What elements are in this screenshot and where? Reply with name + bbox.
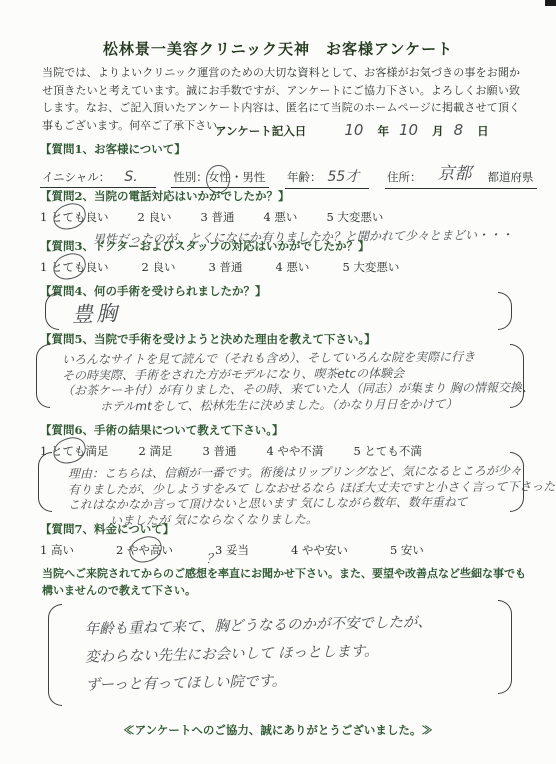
question-2: 【質問2、当院の電話対応はいかがでしたか？】 1 とても良い 2 良い 3 普通…	[40, 188, 513, 245]
date-day-unit: 日	[477, 124, 489, 138]
option-very-good: 1 とても良い	[40, 259, 108, 275]
scan-artifact	[545, 0, 556, 6]
option-satisfied: 2 満足	[138, 443, 172, 459]
feedback-prompt-line: 当院へご来院されてからのご感想を率直にお聞かせ下さい。また、要望や改善点など些細…	[42, 565, 532, 582]
feedback-prompt: 当院へご来院されてからのご感想を率直にお聞かせ下さい。また、要望や改善点など些細…	[42, 565, 532, 599]
option-bad: 4 悪い	[275, 259, 309, 275]
question-1-fields: イニシャル：S. 性別：女性・男性 年齢：55才 住所：京都都道府県	[40, 161, 549, 189]
date-label: アンケート記入日	[215, 124, 306, 138]
page-title: 松林景一美容クリニック天神 お客様アンケート	[0, 38, 556, 59]
question-7: 【質問7、料金について】 1 高い 2 やや高い 3 妥当 4 やや安い 5 安…	[40, 521, 424, 558]
initial-value: S.	[110, 169, 151, 185]
initial-label: イニシャル：	[42, 170, 110, 184]
age-field: 年齢：55才	[285, 166, 369, 189]
question-6-heading: 【質問6、手術の結果について教えて下さい。】	[40, 422, 556, 438]
footer-thanks: ≪アンケートへのご協力、誠にありがとうございました。≫	[0, 722, 556, 738]
option-normal: 3 普通	[202, 443, 236, 459]
option-very-good: 1 とても良い	[40, 209, 108, 225]
question-3-heading: 【質問3、ドクターおよびスタッフの対応はいかがでしたか？】	[40, 238, 399, 254]
feedback-answer: 年齢も重ねて来て、胸どうなるのかが不安でしたが、 変わらない先生にお会いして ほ…	[84, 610, 432, 699]
comment-bracket-left	[48, 604, 62, 706]
address-value: 京都	[421, 164, 487, 184]
option-very-dissatisfied: 5 とても不満	[353, 443, 421, 459]
handwritten-line: ホテルmtをして、松林先生に決めました。（かなり月日をかけて）	[100, 396, 534, 415]
gender-separator: ・	[231, 170, 243, 184]
address-field: 住所：京都都道府県	[385, 161, 538, 189]
gender-option-male: 男性	[242, 169, 265, 185]
initial-field: イニシャル：S.	[40, 169, 156, 188]
date-year-unit: 年	[377, 124, 389, 138]
date-month-value: 10	[399, 121, 418, 139]
question-4: 【質問4、何の手術を受けられましたか？】	[40, 283, 267, 299]
question-4-answer: 豊胸	[71, 297, 120, 329]
age-value: 55才	[321, 169, 365, 185]
option-somewhat-cheap: 4 やや安い	[291, 542, 348, 558]
age-label: 年齢：	[287, 170, 322, 184]
survey-date-line: アンケート記入日 10 年 10 月 8 日	[215, 121, 535, 139]
question-1: 【質問1、お客様について】 イニシャル：S. 性別：女性・男性 年齢：55才 住…	[40, 141, 549, 189]
answer-bracket-right	[510, 344, 524, 408]
option-cheap: 5 安い	[390, 542, 424, 558]
option-normal: 3 普通	[208, 259, 242, 275]
option-appropriate: 3 妥当	[215, 542, 249, 558]
question-5: 【質問5、当院で手術を受けようと決めた理由を教えて下さい。】 いろんなサイトを見…	[40, 331, 534, 413]
question-5-heading: 【質問5、当院で手術を受けようと決めた理由を教えて下さい。】	[40, 331, 534, 347]
question-6-answer: 理由：こちらは、信頼が一番です。術後はリップリングなど、気になるところが少々 有…	[68, 465, 556, 527]
question-2-heading: 【質問2、当院の電話対応はいかがでしたか？】	[40, 188, 513, 204]
gender-option-female: 女性	[208, 169, 231, 185]
question-3-options: 1 とても良い 2 良い 3 普通 4 悪い 5 大変悪い	[40, 259, 399, 275]
option-good: 2 良い	[137, 209, 171, 225]
question-2-options: 1 とても良い 2 良い 3 普通 4 悪い 5 大変悪い	[40, 209, 513, 225]
question-7-options: 1 高い 2 やや高い 3 妥当 4 やや安い 5 安い	[40, 542, 424, 558]
answer-bracket-left	[36, 344, 50, 408]
handwritten-line: ずーっと有ってほしい院です。	[85, 664, 433, 699]
feedback-prompt-line: 構いませんので教えて下さい。	[42, 582, 532, 599]
option-bad: 4 悪い	[263, 209, 297, 225]
comment-bracket-right	[498, 600, 512, 694]
option-normal: 3 普通	[200, 209, 234, 225]
option-very-bad: 5 大変悪い	[342, 259, 399, 275]
date-year-value: 10	[344, 121, 363, 139]
question-7-heading: 【質問7、料金について】	[40, 521, 424, 537]
option-somewhat-expensive: 2 やや高い	[116, 542, 173, 558]
scanned-survey-form: 松林景一美容クリニック天神 お客様アンケート 当院では、よりよいクリニック運営の…	[0, 0, 556, 764]
address-unit: 都道府県	[487, 170, 533, 184]
answer-bracket-right	[498, 292, 512, 330]
question-4-heading: 【質問4、何の手術を受けられましたか？】	[40, 283, 267, 299]
gender-field: 性別：女性・男性	[171, 169, 269, 188]
option-expensive: 1 高い	[40, 542, 74, 558]
date-day-value: 8	[454, 121, 464, 139]
question-3: 【質問3、ドクターおよびスタッフの対応はいかがでしたか？】 1 とても良い 2 …	[40, 238, 399, 275]
question-6: 【質問6、手術の結果について教えて下さい。】 1 とても満足 2 満足 3 普通…	[40, 422, 556, 527]
question-5-answer: いろんなサイトを見て読んで（それも含め）、そしていろんな院を実際に行き その時実…	[62, 351, 534, 413]
question-1-heading: 【質問1、お客様について】	[40, 141, 549, 157]
date-month-unit: 月	[432, 124, 444, 138]
answer-bracket-left	[38, 452, 52, 512]
question-6-options: 1 とても満足 2 満足 3 普通 4 やや不満 5 とても不満	[40, 443, 556, 459]
answer-bracket-left	[45, 292, 59, 330]
answer-bracket-right	[510, 452, 524, 512]
address-label: 住所：	[387, 170, 422, 184]
gender-label: 性別：	[173, 170, 208, 184]
option-somewhat-dissatisfied: 4 やや不満	[266, 443, 323, 459]
option-good: 2 良い	[141, 259, 175, 275]
option-very-bad: 5 大変悪い	[326, 209, 383, 225]
